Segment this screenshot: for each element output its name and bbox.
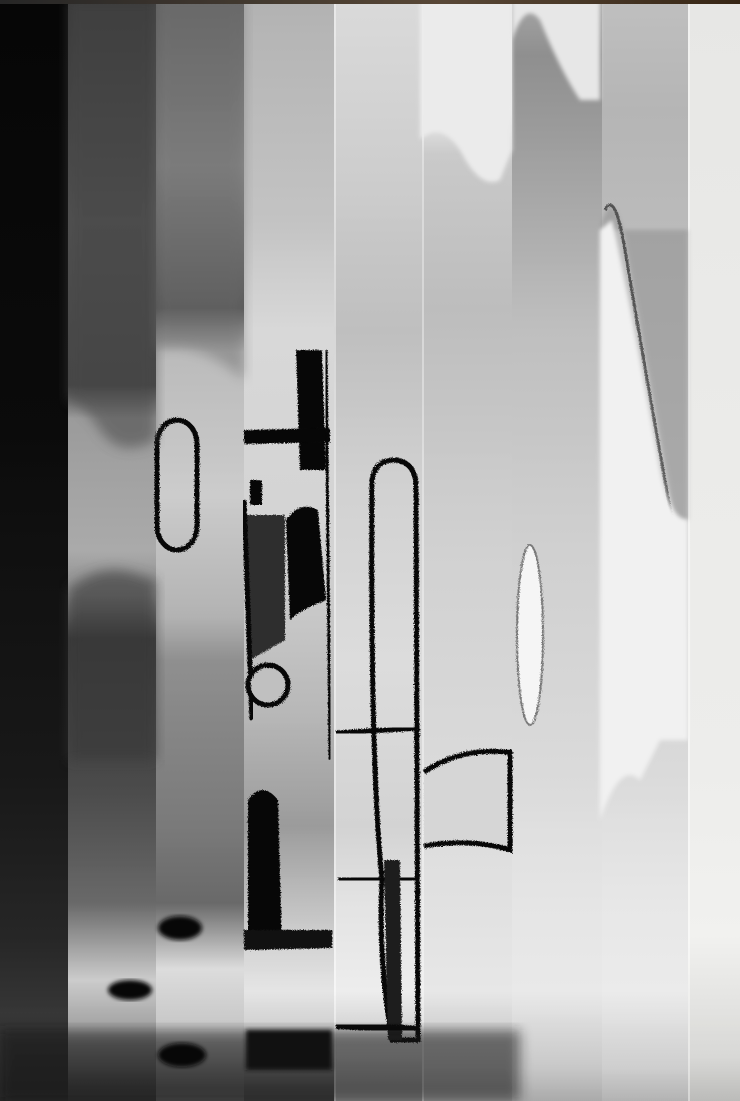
photo-top-edge — [0, 0, 740, 4]
ink-shapes — [0, 0, 740, 1101]
abstract-photograph — [0, 0, 740, 1101]
